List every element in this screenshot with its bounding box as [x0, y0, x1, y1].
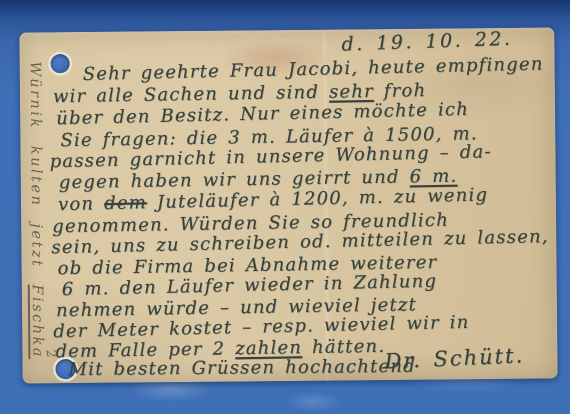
- signature: Dr. Schütt.: [384, 343, 525, 373]
- date-annotation: d. 19. 10. 22.: [341, 28, 513, 56]
- line-text: von: [58, 193, 105, 215]
- photo-of-postcard: d. 19. 10. 22. Sehr geehrte Frau Jacobi,…: [0, 0, 570, 414]
- struck-word: dem: [104, 192, 147, 214]
- line-text: froh: [374, 80, 427, 102]
- underlined-word: zahlen: [235, 337, 302, 359]
- margin-note: Würnik kulten jetzt Fischka: [21, 61, 46, 361]
- margin-note-text: Würnik kulten jetzt: [27, 61, 45, 284]
- closing-line: Mit besten Grüssen hochachtend: [68, 356, 415, 380]
- line-text: Sehr geehrte Frau Jacobi, heute empfinge…: [82, 54, 543, 85]
- underlined-word: 6 m.: [409, 166, 457, 188]
- hole-punch-top: [51, 54, 70, 73]
- underlined-word: sehr: [329, 81, 374, 103]
- margin-note-underlined-word: Fischka: [29, 284, 46, 359]
- handwritten-line: Sehr geehrte Frau Jacobi, heute empfinge…: [82, 54, 543, 85]
- postcard: d. 19. 10. 22. Sehr geehrte Frau Jacobi,…: [19, 27, 557, 383]
- line-text: hätten.: [302, 336, 385, 358]
